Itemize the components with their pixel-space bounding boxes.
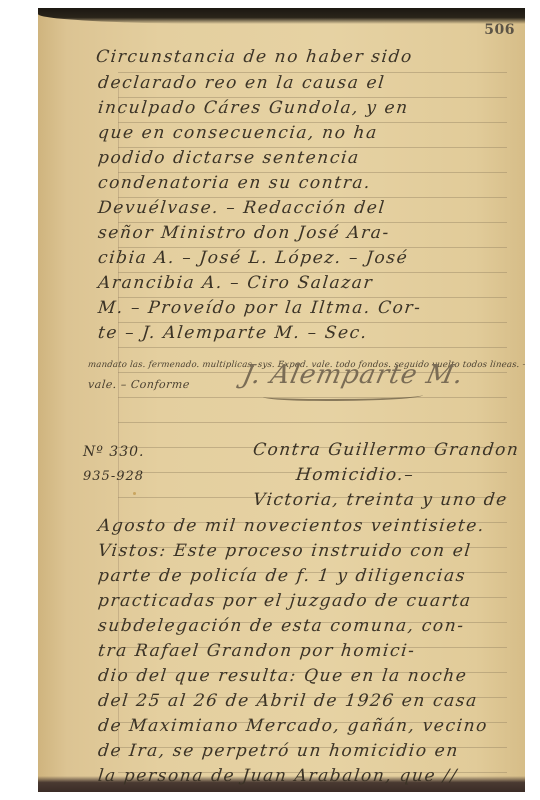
handwritten-line: tra Rafael Grandon por homici- [97,640,514,662]
handwritten-line: dio del que resulta: Que en la noche [97,665,514,687]
handwritten-line: practicadas por el juzgado de cuarta [97,590,514,612]
handwritten-line: del 25 al 26 de Abril de 1926 en casa [97,690,514,712]
handwritten-line: te – J. Alemparte M. – Sec. [97,322,514,344]
ink-spot [133,492,136,495]
ruled-line [118,422,507,423]
entry-subject: Homicidio.– [295,465,415,485]
book-binding-top [38,8,525,24]
handwritten-line: M. – Proveído por la Iltma. Cor- [97,297,514,319]
handwritten-line: Circunstancia de no haber sido [95,46,514,68]
page-number: 506 [484,22,515,38]
handwritten-line: la persona de Juan Arabalon, que // [97,765,514,787]
handwritten-line: Vistos: Este proceso instruido con el [97,540,514,562]
signature: J. Alemparte M. [240,360,467,390]
entry-number: Nº 330. [83,444,144,460]
handwritten-line: Agosto de mil novecientos veintisiete. [97,515,514,537]
handwritten-line: declarado reo en la causa el [97,72,514,94]
handwritten-line: de Ira, se perpetró un homicidio en [97,740,514,762]
handwritten-line: inculpado Cáres Gundola, y en [97,97,514,119]
handwritten-line: parte de policía de f. 1 y diligencias [97,565,514,587]
handwritten-line: señor Ministro don José Ara- [97,222,514,244]
handwritten-line: Victoria, treinta y uno de [252,490,509,510]
handwritten-line: subdelegación de esta comuna, con- [97,615,514,637]
signature-flourish [263,391,423,401]
ruled-line [118,347,507,348]
handwritten-line: Devuélvase. – Redacción del [97,197,514,219]
ledger-page: 506 Circunstancia de no haber sido decla… [38,8,525,792]
handwritten-line: Arancibia A. – Ciro Salazar [97,272,514,294]
entry-heading: Contra Guillermo Grandon [252,440,520,460]
handwritten-line: podido dictarse sentencia [97,147,514,169]
entry-code: 935-928 [83,469,144,484]
handwritten-line: que en consecuencia, no ha [97,122,514,144]
handwritten-line: condenatoria en su contra. [97,172,514,194]
handwritten-line: de Maximiano Mercado, gañán, vecino [97,715,514,737]
handwritten-line: cibia A. – José L. López. – José [97,247,514,269]
